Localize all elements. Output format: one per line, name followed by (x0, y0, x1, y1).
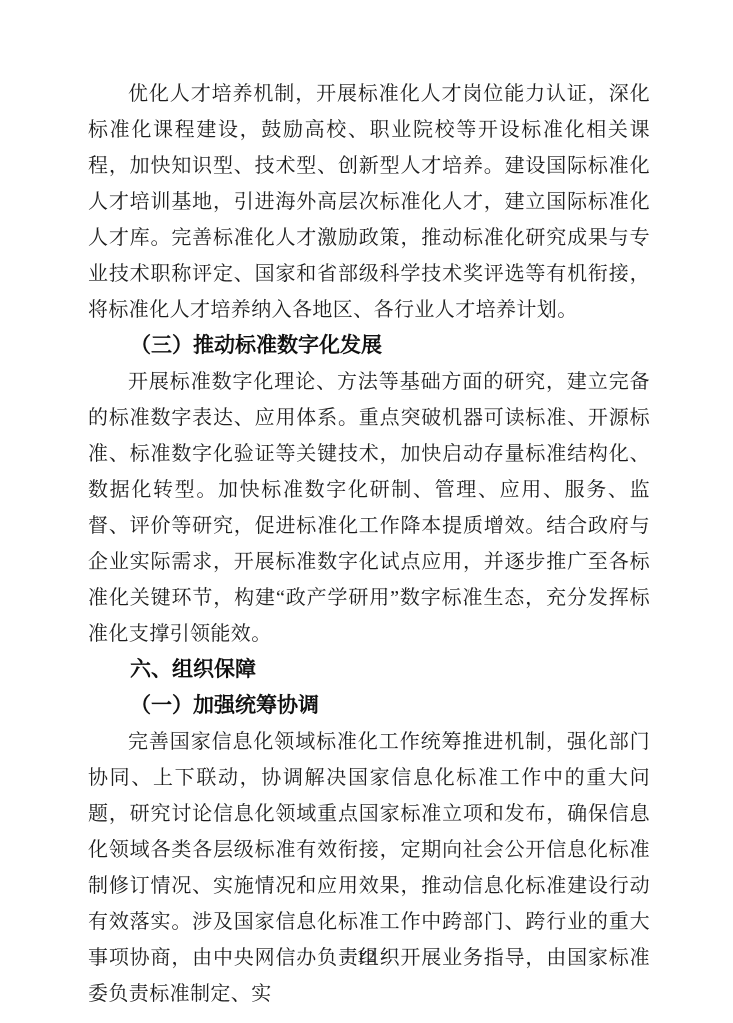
heading-section-1-strengthen-coordination: （一）加强统筹协调 (88, 688, 650, 724)
page-number: - 12 - (0, 946, 733, 967)
paragraph-digital-standards-development: 开展标准数字化理论、方法等基础方面的研究，建立完备的标准数字表达、应用体系。重点… (88, 364, 650, 652)
paragraph-talent-cultivation: 优化人才培养机制，开展标准化人才岗位能力认证，深化标准化课程建设，鼓励高校、职业… (88, 76, 650, 328)
paragraph-coordination-mechanism: 完善国家信息化领域标准化工作统筹推进机制，强化部门协同、上下联动，协调解决国家信… (88, 724, 650, 1012)
document-page: 优化人才培养机制，开展标准化人才岗位能力认证，深化标准化课程建设，鼓励高校、职业… (0, 0, 733, 1023)
heading-chapter-6-organizational-support: 六、组织保障 (88, 652, 650, 688)
document-content: 优化人才培养机制，开展标准化人才岗位能力认证，深化标准化课程建设，鼓励高校、职业… (88, 76, 650, 1012)
heading-section-3-digital-standards: （三）推动标准数字化发展 (88, 328, 650, 364)
